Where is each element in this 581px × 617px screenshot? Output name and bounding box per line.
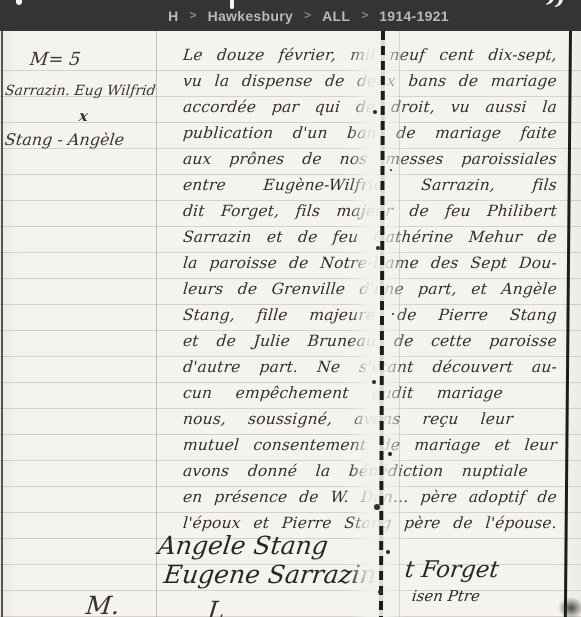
- groom-signature-suffix: t Forget: [403, 557, 500, 583]
- bride-signature: Angele Stang: [156, 531, 329, 560]
- breadcrumb-item-hawkesbury[interactable]: Hawkesbury: [208, 8, 293, 24]
- margin-cross-mark: x: [78, 107, 89, 125]
- breadcrumb-item-h[interactable]: H: [168, 8, 178, 24]
- chevron-right-icon: >: [304, 8, 311, 22]
- gutter-fade: [350, 31, 406, 617]
- gutter-ink-specks: [383, 51, 385, 53]
- record-viewer: )) H > Hawkesbury > ALL > 1914-1921 M= 5…: [0, 0, 581, 617]
- groom-signature: Eugene Sarrazin: [162, 560, 378, 589]
- chevron-right-icon: >: [361, 8, 368, 22]
- next-line-fragment: L: [206, 596, 226, 617]
- margin-record-number: M= 5: [29, 49, 82, 70]
- margin-bride-name: Stang - Angèle: [4, 130, 125, 149]
- breadcrumb: H > Hawkesbury > ALL > 1914-1921: [18, 0, 581, 31]
- priest-signature-fragment: isen Ptre: [411, 587, 481, 605]
- margin-next-record-fragment: M.: [84, 591, 121, 617]
- page-edge-line-left: [1, 31, 3, 617]
- breadcrumb-item-years[interactable]: 1914-1921: [379, 8, 449, 24]
- top-navigation-bar: )) H > Hawkesbury > ALL > 1914-1921: [0, 0, 581, 31]
- margin-column-rule: [156, 31, 157, 617]
- document-scan[interactable]: M= 5 Sarrazin. Eug Wilfrid x Stang - Ang…: [0, 31, 581, 617]
- margin-groom-name: Sarrazin. Eug Wilfrid: [4, 83, 156, 99]
- corner-ink-smudge: [558, 597, 581, 617]
- chevron-right-icon: >: [190, 8, 197, 22]
- record-text-line: nous, soussigné, avons reçu leur: [182, 410, 514, 428]
- breadcrumb-item-all[interactable]: ALL: [322, 8, 350, 24]
- record-text-line: cun empêchement audit mariage: [182, 384, 504, 402]
- page-edge-line-right: [564, 31, 572, 617]
